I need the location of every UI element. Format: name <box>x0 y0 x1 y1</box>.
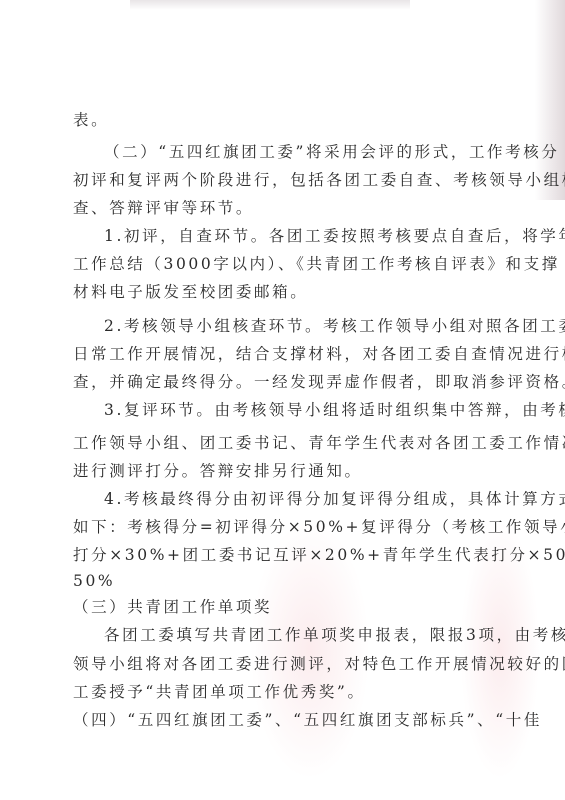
scan-shadow-top <box>130 0 410 10</box>
paragraph-line: 日常工作开展情况，结合支撑材料，对各团工委自查情况进行核 <box>73 344 565 364</box>
paragraph-line: 工作领导小组、团工委书记、青年学生代表对各团工委工作情况 <box>73 433 565 453</box>
section-heading: （三）共青团工作单项奖 <box>73 597 272 617</box>
paragraph-line: （二）“五四红旗团工委”将采用会评的形式，工作考核分 <box>104 142 559 162</box>
paragraph-line: 1.初评，自查环节。各团工委按照考核要点自查后，将学年 <box>104 226 565 246</box>
paragraph-line: 材料电子版发至校团委邮箱。 <box>73 282 308 302</box>
paragraph-line: 工委授予“共青团单项工作优秀奖”。 <box>73 682 366 702</box>
paragraph-line: 工作总结（3000字以内）、《共青团工作考核自评表》和支撑 <box>73 254 560 274</box>
paragraph-line: 查，并确定最终得分。一经发现弄虚作假者，即取消参评资格。 <box>73 372 565 392</box>
paragraph-line: 进行测评打分。答辩安排另行通知。 <box>73 461 363 481</box>
paragraph-line: 查、答辩评审等环节。 <box>73 198 254 218</box>
paragraph-line: 50% <box>73 571 115 591</box>
paragraph-line: 领导小组将对各团工委进行测评，对特色工作开展情况较好的团 <box>73 654 565 674</box>
paragraph-line: 表。 <box>73 110 109 130</box>
paragraph-line: 初评和复评两个阶段进行，包括各团工委自查、考核领导小组核 <box>73 170 565 190</box>
paragraph-line: 各团工委填写共青团工作单项奖申报表，限报3项，由考核 <box>104 625 565 645</box>
paragraph-line: 2.考核领导小组核查环节。考核工作领导小组对照各团工委 <box>104 316 565 336</box>
paragraph-line: 打分×30%+团工委书记互评×20%+青年学生代表打分×50%）× <box>73 545 565 565</box>
paragraph-line: 3.复评环节。由考核领导小组将适时组织集中答辩，由考核 <box>104 400 565 420</box>
paragraph-line: 如下：考核得分=初评得分×50%+复评得分（考核工作领导小组 <box>73 517 565 537</box>
section-heading: （四）“五四红旗团工委”、“五四红旗团支部标兵”、“十佳 <box>73 710 542 730</box>
paragraph-line: 4.考核最终得分由初评得分加复评得分组成，具体计算方式 <box>104 489 565 509</box>
